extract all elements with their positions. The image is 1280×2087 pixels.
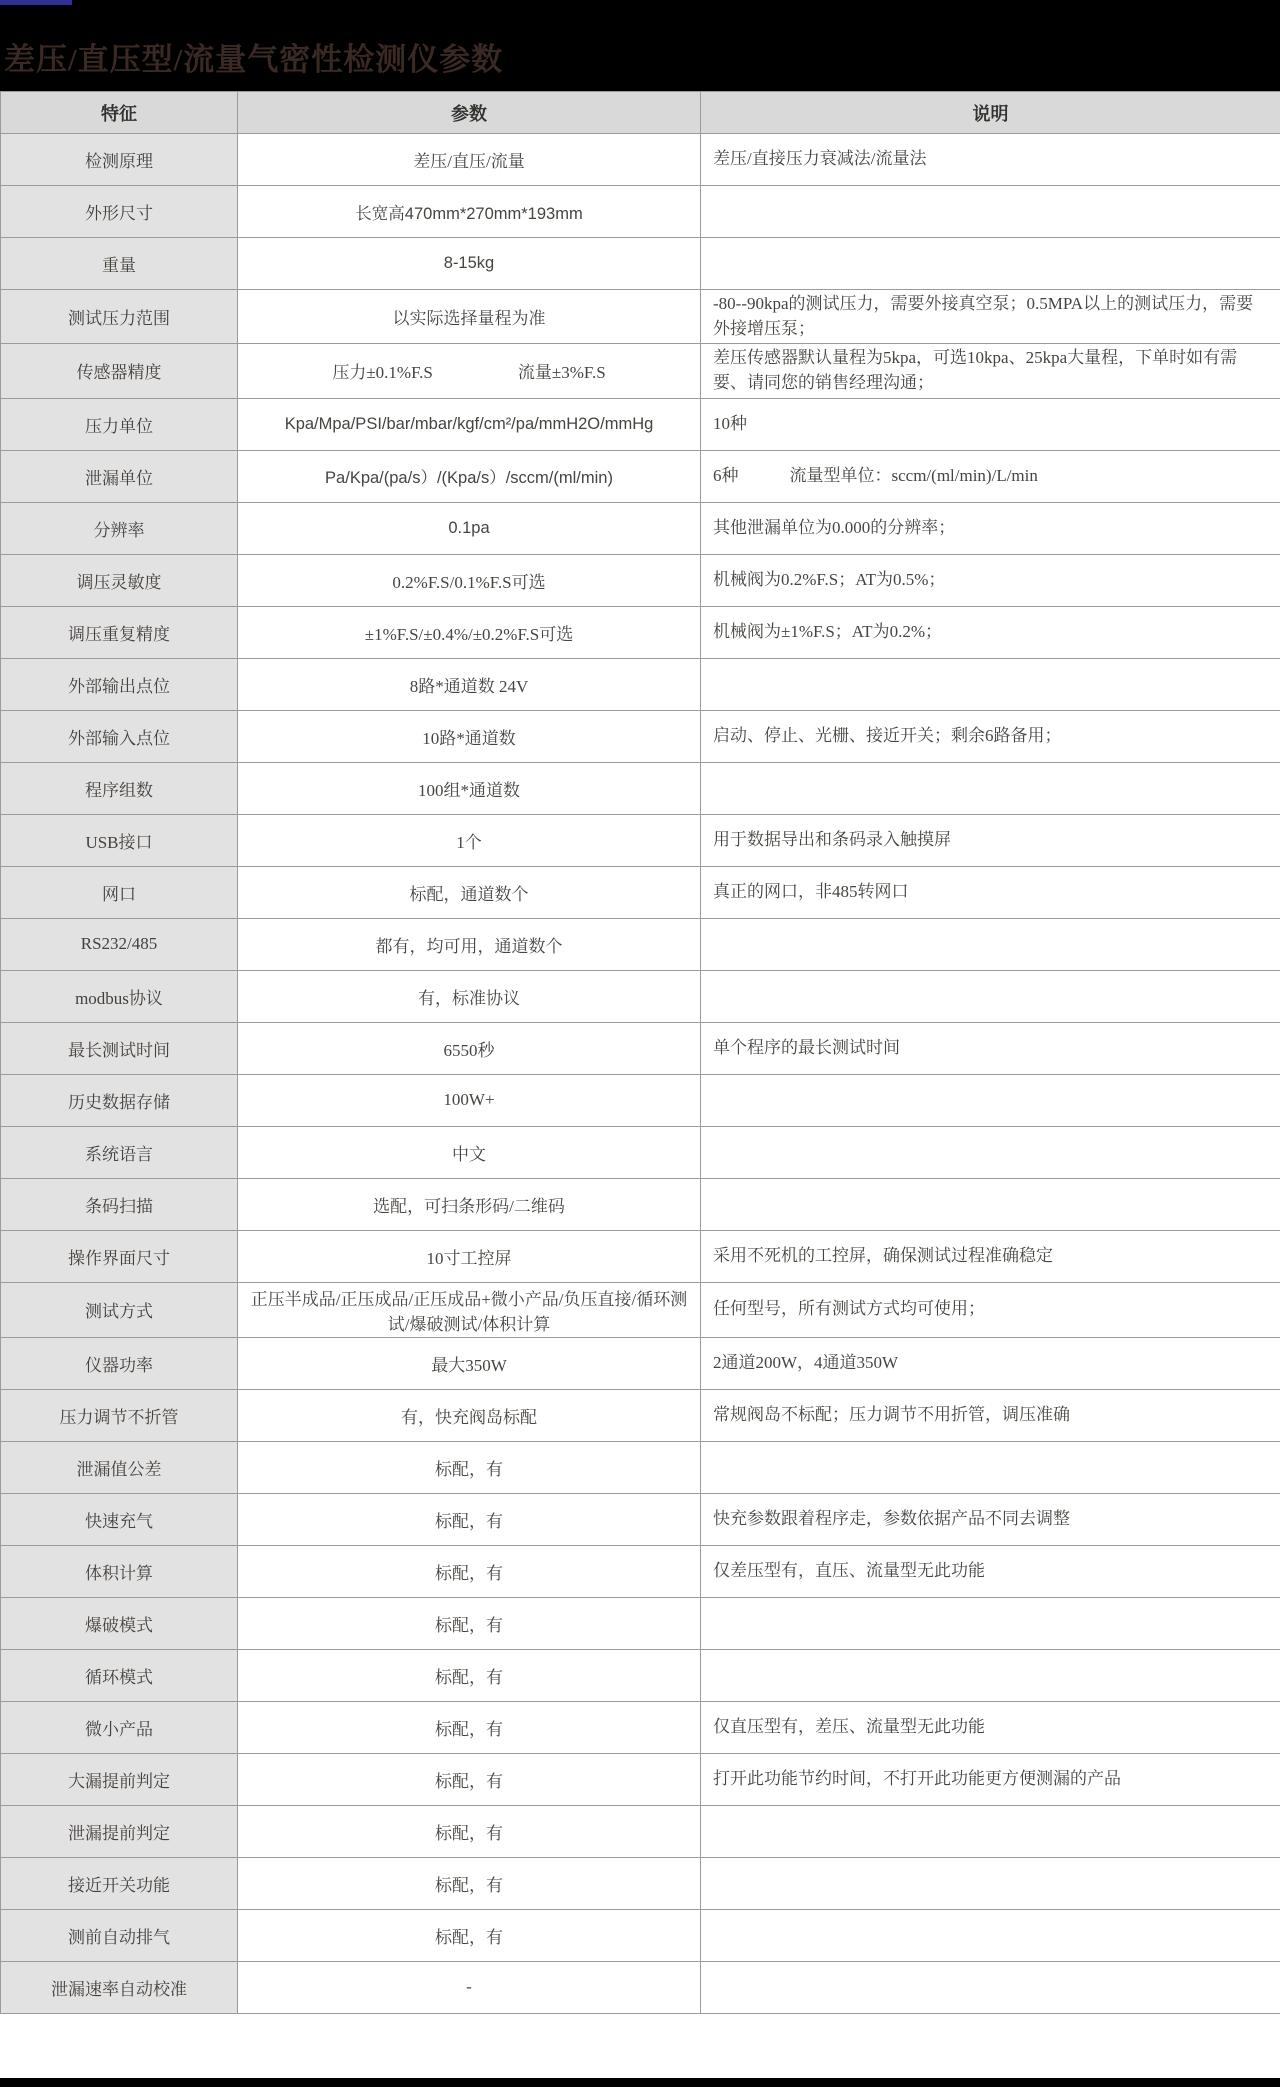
table-row: 最长测试时间6550秒单个程序的最长测试时间: [1, 1022, 1280, 1074]
table-row: 外部输入点位10路*通道数启动、停止、光栅、接近开关；剩余6路备用；: [1, 710, 1280, 762]
param-cell: 中文: [238, 1126, 701, 1178]
param-cell: 长宽高470mm*270mm*193mm: [238, 186, 701, 238]
feature-cell: 压力调节不折管: [1, 1389, 238, 1441]
desc-cell: [701, 1909, 1280, 1961]
feature-cell: 测试方式: [1, 1282, 238, 1337]
desc-cell: [701, 186, 1280, 238]
feature-cell: 大漏提前判定: [1, 1753, 238, 1805]
feature-cell: 爆破模式: [1, 1597, 238, 1649]
feature-cell: 测试压力范围: [1, 290, 238, 344]
feature-cell: USB接口: [1, 814, 238, 866]
desc-cell: [701, 1649, 1280, 1701]
table-row: 微小产品标配，有仅直压型有，差压、流量型无此功能: [1, 1701, 1280, 1753]
desc-cell: 任何型号，所有测试方式均可使用；: [701, 1282, 1280, 1337]
param-cell: 0.1pa: [238, 502, 701, 554]
param-cell: 标配，有: [238, 1909, 701, 1961]
param-cell: 100组*通道数: [238, 762, 701, 814]
table-row: 调压重复精度±1%F.S/±0.4%/±0.2%F.S可选机械阀为±1%F.S；…: [1, 606, 1280, 658]
param-cell: 压力±0.1%F.S 流量±3%F.S: [238, 344, 701, 398]
param-cell: 有，标准协议: [238, 970, 701, 1022]
feature-cell: 泄漏提前判定: [1, 1805, 238, 1857]
param-cell: 6550秒: [238, 1022, 701, 1074]
feature-cell: 仪器功率: [1, 1337, 238, 1389]
feature-cell: 调压灵敏度: [1, 554, 238, 606]
desc-cell: 差压/直接压力衰减法/流量法: [701, 134, 1280, 186]
feature-cell: 循环模式: [1, 1649, 238, 1701]
desc-cell: [701, 762, 1280, 814]
feature-cell: 重量: [1, 238, 238, 290]
table-row: 泄漏单位Pa/Kpa/(pa/s）/(Kpa/s）/sccm/(ml/min)6…: [1, 450, 1280, 502]
param-cell: 1个: [238, 814, 701, 866]
param-cell: 8路*通道数 24V: [238, 658, 701, 710]
table-row: 测试压力范围以实际选择量程为准-80--90kpa的测试压力，需要外接真空泵；0…: [1, 290, 1280, 344]
param-cell: 8-15kg: [238, 238, 701, 290]
param-cell: 标配，有: [238, 1701, 701, 1753]
desc-cell: 真正的网口，非485转网口: [701, 866, 1280, 918]
param-cell: 以实际选择量程为准: [238, 290, 701, 344]
param-cell: ±1%F.S/±0.4%/±0.2%F.S可选: [238, 606, 701, 658]
feature-cell: 泄漏速率自动校准: [1, 1961, 238, 2013]
table-row: 传感器精度压力±0.1%F.S 流量±3%F.S差压传感器默认量程为5kpa，可…: [1, 344, 1280, 398]
header-desc: 说明: [701, 92, 1280, 134]
feature-cell: 调压重复精度: [1, 606, 238, 658]
feature-cell: 微小产品: [1, 1701, 238, 1753]
param-cell: 标配，有: [238, 1649, 701, 1701]
table-row: 测前自动排气标配，有: [1, 1909, 1280, 1961]
feature-cell: 泄漏值公差: [1, 1441, 238, 1493]
table-row: 检测原理差压/直压/流量差压/直接压力衰减法/流量法: [1, 134, 1280, 186]
feature-cell: 操作界面尺寸: [1, 1230, 238, 1282]
table-row: 重量8-15kg: [1, 238, 1280, 290]
desc-cell: 2通道200W，4通道350W: [701, 1337, 1280, 1389]
param-cell: 标配，有: [238, 1545, 701, 1597]
param-cell: 标配，通道数个: [238, 866, 701, 918]
footer-band: [0, 2078, 1280, 2087]
desc-cell: [701, 1441, 1280, 1493]
feature-cell: 接近开关功能: [1, 1857, 238, 1909]
desc-cell: [701, 238, 1280, 290]
table-row: 大漏提前判定标配，有打开此功能节约时间，不打开此功能更方便测漏的产品: [1, 1753, 1280, 1805]
feature-cell: 外部输入点位: [1, 710, 238, 762]
desc-cell: [701, 1805, 1280, 1857]
param-cell: 标配，有: [238, 1441, 701, 1493]
title-band: 差压/直压型/流量气密性检测仪参数: [0, 0, 1280, 91]
desc-cell: 打开此功能节约时间，不打开此功能更方便测漏的产品: [701, 1753, 1280, 1805]
param-cell: 10寸工控屏: [238, 1230, 701, 1282]
feature-cell: RS232/485: [1, 918, 238, 970]
desc-cell: [701, 1074, 1280, 1126]
table-row: 体积计算标配，有仅差压型有，直压、流量型无此功能: [1, 1545, 1280, 1597]
feature-cell: 泄漏单位: [1, 450, 238, 502]
header-feature: 特征: [1, 92, 238, 134]
spec-table-body: 检测原理差压/直压/流量差压/直接压力衰减法/流量法外形尺寸长宽高470mm*2…: [1, 134, 1280, 2014]
param-cell: 正压半成品/正压成品/正压成品+微小产品/负压直接/循环测试/爆破测试/体积计算: [238, 1282, 701, 1337]
param-cell: 标配，有: [238, 1857, 701, 1909]
feature-cell: 压力单位: [1, 398, 238, 450]
feature-cell: 外形尺寸: [1, 186, 238, 238]
desc-cell: [701, 1126, 1280, 1178]
param-cell: 标配，有: [238, 1805, 701, 1857]
table-row: 压力调节不折管有，快充阀岛标配常规阀岛不标配；压力调节不用折管，调压准确: [1, 1389, 1280, 1441]
param-cell: 标配，有: [238, 1753, 701, 1805]
desc-cell: 差压传感器默认量程为5kpa，可选10kpa、25kpa大量程，下单时如有需要、…: [701, 344, 1280, 398]
table-row: 调压灵敏度0.2%F.S/0.1%F.S可选机械阀为0.2%F.S；AT为0.5…: [1, 554, 1280, 606]
param-cell: 有，快充阀岛标配: [238, 1389, 701, 1441]
param-cell: Kpa/Mpa/PSI/bar/mbar/kgf/cm²/pa/mmH2O/mm…: [238, 398, 701, 450]
table-row: 泄漏值公差标配，有: [1, 1441, 1280, 1493]
table-row: 条码扫描选配，可扫条形码/二维码: [1, 1178, 1280, 1230]
desc-cell: 机械阀为0.2%F.S；AT为0.5%；: [701, 554, 1280, 606]
desc-cell: [701, 1857, 1280, 1909]
table-row: 仪器功率最大350W2通道200W，4通道350W: [1, 1337, 1280, 1389]
feature-cell: modbus协议: [1, 970, 238, 1022]
accent-strip: [0, 0, 72, 5]
param-cell: 100W+: [238, 1074, 701, 1126]
feature-cell: 测前自动排气: [1, 1909, 238, 1961]
param-cell: 10路*通道数: [238, 710, 701, 762]
param-cell: 0.2%F.S/0.1%F.S可选: [238, 554, 701, 606]
feature-cell: 检测原理: [1, 134, 238, 186]
feature-cell: 最长测试时间: [1, 1022, 238, 1074]
table-row: 泄漏提前判定标配，有: [1, 1805, 1280, 1857]
table-row: 快速充气标配，有快充参数跟着程序走，参数依据产品不同去调整: [1, 1493, 1280, 1545]
desc-cell: -80--90kpa的测试压力，需要外接真空泵；0.5MPA以上的测试压力，需要…: [701, 290, 1280, 344]
desc-cell: 10种: [701, 398, 1280, 450]
feature-cell: 历史数据存储: [1, 1074, 238, 1126]
feature-cell: 快速充气: [1, 1493, 238, 1545]
feature-cell: 传感器精度: [1, 344, 238, 398]
desc-cell: 其他泄漏单位为0.000的分辨率；: [701, 502, 1280, 554]
desc-cell: [701, 1178, 1280, 1230]
param-cell: -: [238, 1961, 701, 2013]
param-cell: 差压/直压/流量: [238, 134, 701, 186]
table-row: 程序组数100组*通道数: [1, 762, 1280, 814]
desc-cell: 采用不死机的工控屏，确保测试过程准确稳定: [701, 1230, 1280, 1282]
desc-cell: 快充参数跟着程序走，参数依据产品不同去调整: [701, 1493, 1280, 1545]
param-cell: 最大350W: [238, 1337, 701, 1389]
param-cell: Pa/Kpa/(pa/s）/(Kpa/s）/sccm/(ml/min): [238, 450, 701, 502]
table-row: 爆破模式标配，有: [1, 1597, 1280, 1649]
desc-cell: [701, 918, 1280, 970]
feature-cell: 体积计算: [1, 1545, 238, 1597]
page-title: 差压/直压型/流量气密性检测仪参数: [4, 34, 503, 79]
feature-cell: 网口: [1, 866, 238, 918]
param-cell: 都有，均可用，通道数个: [238, 918, 701, 970]
table-row: 历史数据存储100W+: [1, 1074, 1280, 1126]
desc-cell: [701, 658, 1280, 710]
table-row: 外部输出点位8路*通道数 24V: [1, 658, 1280, 710]
param-cell: 选配，可扫条形码/二维码: [238, 1178, 701, 1230]
table-row: modbus协议有，标准协议: [1, 970, 1280, 1022]
spec-table: 特征 参数 说明 检测原理差压/直压/流量差压/直接压力衰减法/流量法外形尺寸长…: [0, 91, 1280, 2014]
feature-cell: 程序组数: [1, 762, 238, 814]
desc-cell: 仅差压型有，直压、流量型无此功能: [701, 1545, 1280, 1597]
desc-cell: 启动、停止、光栅、接近开关；剩余6路备用；: [701, 710, 1280, 762]
table-row: 外形尺寸长宽高470mm*270mm*193mm: [1, 186, 1280, 238]
desc-cell: 常规阀岛不标配；压力调节不用折管，调压准确: [701, 1389, 1280, 1441]
feature-cell: 系统语言: [1, 1126, 238, 1178]
desc-cell: [701, 1961, 1280, 2013]
table-row: 测试方式正压半成品/正压成品/正压成品+微小产品/负压直接/循环测试/爆破测试/…: [1, 1282, 1280, 1337]
spec-table-header: 特征 参数 说明: [1, 92, 1280, 134]
header-param: 参数: [238, 92, 701, 134]
header-row: 特征 参数 说明: [1, 92, 1280, 134]
table-row: 网口标配，通道数个真正的网口，非485转网口: [1, 866, 1280, 918]
desc-cell: 6种 流量型单位：sccm/(ml/min)/L/min: [701, 450, 1280, 502]
param-cell: 标配，有: [238, 1493, 701, 1545]
table-row: USB接口1个用于数据导出和条码录入触摸屏: [1, 814, 1280, 866]
desc-cell: 单个程序的最长测试时间: [701, 1022, 1280, 1074]
desc-cell: [701, 1597, 1280, 1649]
table-row: 系统语言中文: [1, 1126, 1280, 1178]
table-row: 泄漏速率自动校准-: [1, 1961, 1280, 2013]
desc-cell: 用于数据导出和条码录入触摸屏: [701, 814, 1280, 866]
param-cell: 标配，有: [238, 1597, 701, 1649]
desc-cell: [701, 970, 1280, 1022]
table-row: 循环模式标配，有: [1, 1649, 1280, 1701]
feature-cell: 外部输出点位: [1, 658, 238, 710]
desc-cell: 仅直压型有，差压、流量型无此功能: [701, 1701, 1280, 1753]
table-row: 接近开关功能标配，有: [1, 1857, 1280, 1909]
table-row: 操作界面尺寸10寸工控屏采用不死机的工控屏，确保测试过程准确稳定: [1, 1230, 1280, 1282]
spec-sheet-page: 差压/直压型/流量气密性检测仪参数 特征 参数 说明 检测原理差压/直压/流量差…: [0, 0, 1280, 2087]
table-row: RS232/485都有，均可用，通道数个: [1, 918, 1280, 970]
table-row: 分辨率0.1pa其他泄漏单位为0.000的分辨率；: [1, 502, 1280, 554]
desc-cell: 机械阀为±1%F.S；AT为0.2%；: [701, 606, 1280, 658]
feature-cell: 条码扫描: [1, 1178, 238, 1230]
table-row: 压力单位Kpa/Mpa/PSI/bar/mbar/kgf/cm²/pa/mmH2…: [1, 398, 1280, 450]
feature-cell: 分辨率: [1, 502, 238, 554]
